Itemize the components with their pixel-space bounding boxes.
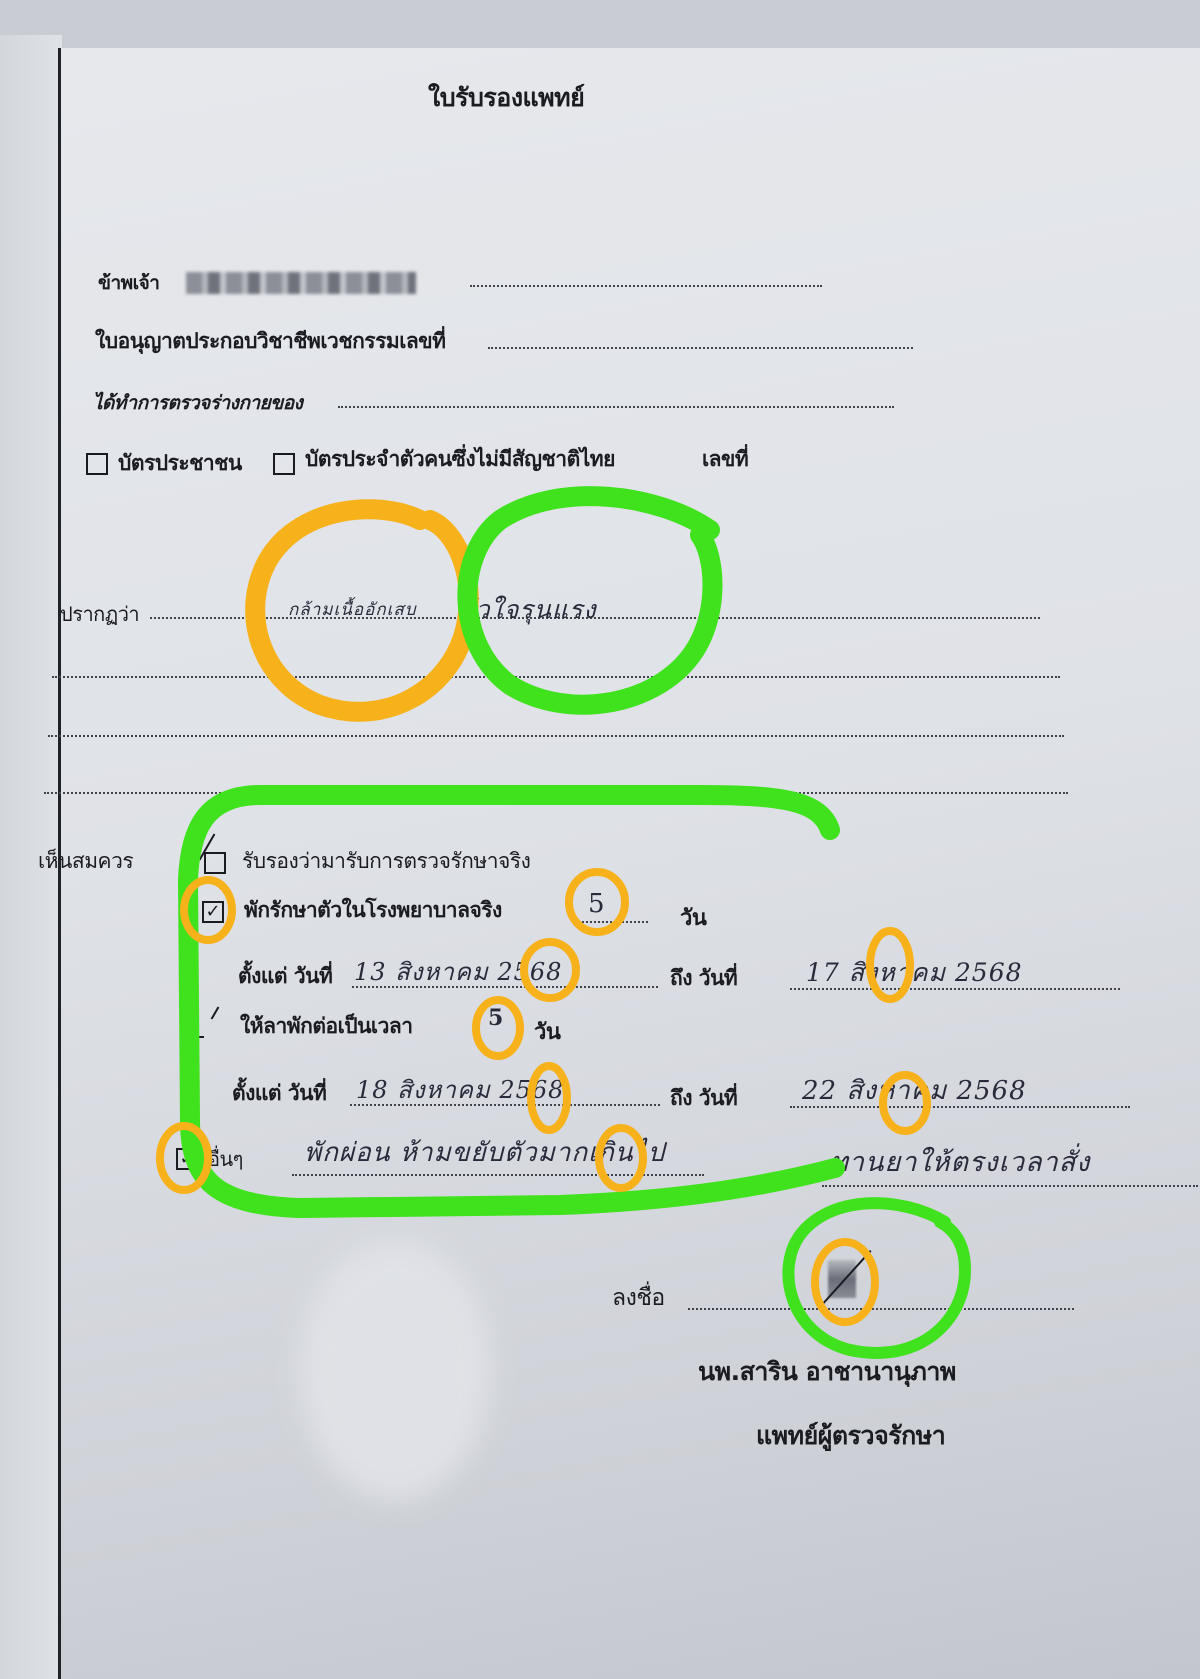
- hospital-from-dotted-line: [352, 986, 658, 988]
- rest-from-label: ตั้งแต่ วันที่: [232, 1077, 326, 1110]
- other-checkbox[interactable]: ✓: [176, 1148, 198, 1170]
- redacted-name: [186, 272, 416, 294]
- hospital-from-label: ตั้งแต่ วันที่: [238, 960, 332, 993]
- findings-dotted-line-4: [44, 792, 1068, 794]
- other-label: อื่นๆ: [208, 1143, 243, 1175]
- non-thai-id-checkbox[interactable]: [273, 453, 295, 475]
- opinion-label: เห็นสมควร: [38, 845, 133, 878]
- hospital-stay-checkbox[interactable]: ✓: [202, 901, 224, 923]
- signature-dotted-line: [688, 1308, 1074, 1310]
- findings-handwritten-1: กล้ามเนื้ออักเสบ: [288, 596, 417, 623]
- findings-handwritten-2: หัวใจรุนแรง: [458, 590, 597, 630]
- examined-label: ได้ทำการตรวจร่างกายของ: [93, 388, 302, 418]
- findings-dotted-line-2: [52, 676, 1060, 678]
- license-dotted-line: [488, 347, 913, 349]
- hospital-to-dotted-line: [790, 988, 1120, 990]
- other-instructions-2: ทานยาให้ตรงเวลาสั่ง: [830, 1140, 1090, 1183]
- findings-dotted-line-3: [48, 735, 1064, 737]
- rest-to-label: ถึง วันที่: [670, 1082, 737, 1115]
- hospital-to-label: ถึง วันที่: [670, 962, 737, 995]
- doctor-name: นพ.สาริน อาชานานุภาพ: [698, 1352, 956, 1392]
- certify-checkbox[interactable]: [204, 852, 226, 874]
- rest-to-date: 22 สิงหาคม 2568: [802, 1070, 1027, 1111]
- rest-from-dotted-line: [350, 1104, 660, 1106]
- name-label: ข้าพเจ้า: [98, 268, 159, 298]
- hospital-to-date: 17 สิงหาคม 2568: [806, 953, 1023, 993]
- rest-checkbox[interactable]: [184, 1018, 204, 1038]
- id-card-checkbox[interactable]: [86, 453, 108, 475]
- other-dotted-line-1: [292, 1174, 704, 1176]
- hospital-stay-label: พักรักษาตัวในโรงพยาบาลจริง: [244, 894, 502, 927]
- hospital-days-dotted-line: [573, 921, 648, 923]
- name-dotted-line: [470, 285, 822, 287]
- non-thai-id-option-label: บัตรประจำตัวคนซึ่งไม่มีสัญชาติไทย: [305, 443, 615, 476]
- rest-unit: วัน: [534, 1014, 560, 1049]
- other-instructions-1: พักผ่อน ห้ามขยับตัวมากเกินไป: [304, 1132, 665, 1173]
- document-title: ใบรับรองแพทย์: [428, 78, 584, 118]
- id-card-option-label: บัตรประชาชน: [118, 447, 242, 480]
- number-label: เลขที่: [702, 443, 748, 476]
- other-dotted-line-2: [822, 1185, 1198, 1187]
- hospital-stay-unit: วัน: [680, 900, 706, 935]
- findings-label: ปรากฏว่า: [60, 598, 139, 630]
- rest-label: ให้ลาพักต่อเป็นเวลา: [240, 1010, 413, 1043]
- license-label: ใบอนุญาตประกอบวิชาชีพเวชกรรมเลขที่: [95, 325, 445, 358]
- rest-to-dotted-line: [790, 1106, 1130, 1108]
- examined-dotted-line: [338, 406, 894, 408]
- hospital-stay-days: 5: [588, 889, 606, 919]
- doctor-title: แพทย์ผู้ตรวจรักษา: [756, 1416, 945, 1456]
- signature-label: ลงชื่อ: [612, 1280, 665, 1316]
- rest-days: 5: [488, 1005, 504, 1031]
- redacted-stamp-area: [300, 1240, 490, 1500]
- certify-option-label: รับรองว่ามารับการตรวจรักษาจริง: [242, 845, 530, 878]
